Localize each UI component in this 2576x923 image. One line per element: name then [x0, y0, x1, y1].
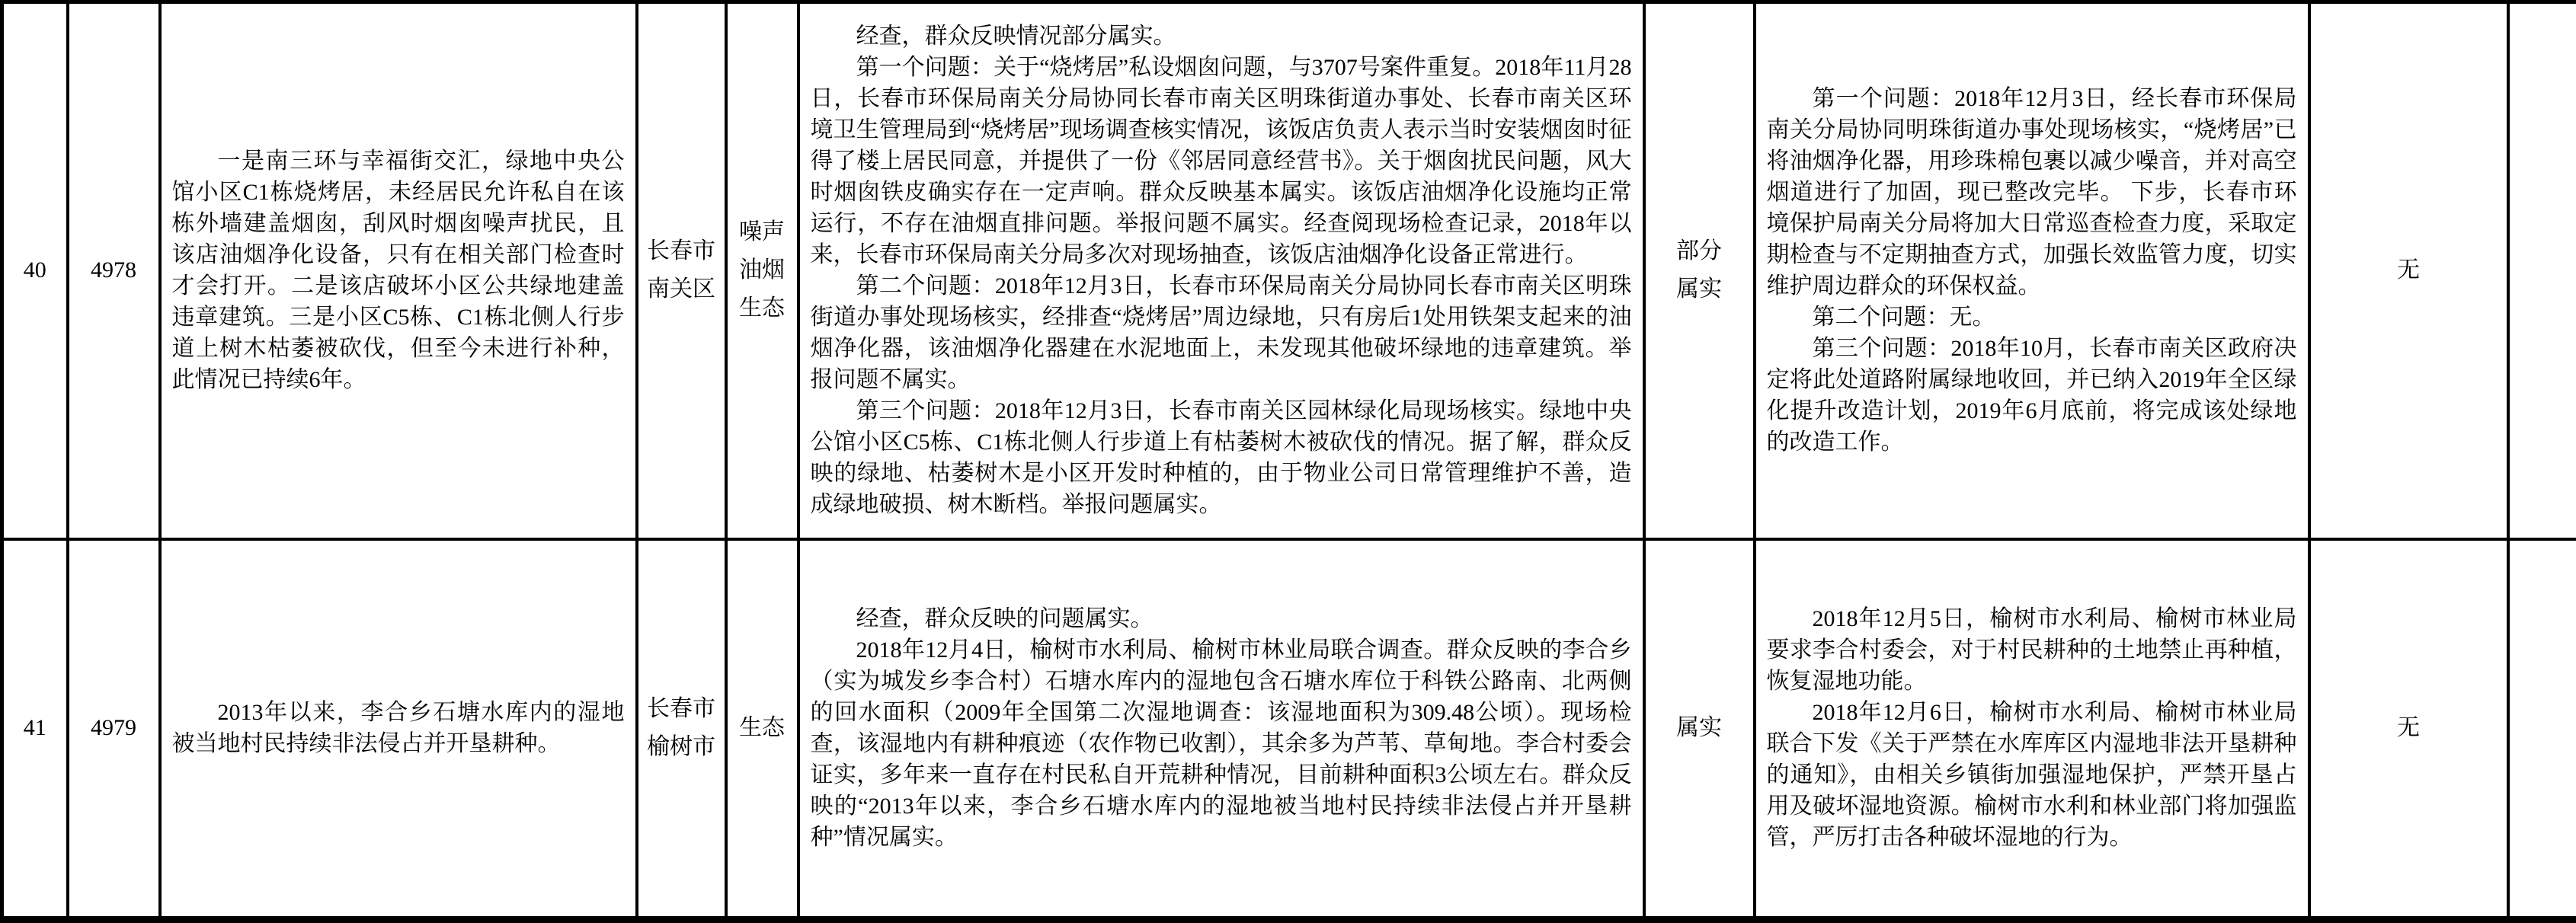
case-number-value: 4978: [70, 251, 158, 289]
handling-cell: 第一个问题：2018年12月3日，经长春市环保局南关分局协同明珠街道办事处现场核…: [1755, 2, 2309, 539]
inspection-table: 40 4978 一是南三环与幸福街交汇，绿地中央公馆小区C1栋烧烤居，未经居民允…: [0, 0, 2576, 923]
seq-cell: 40: [2, 2, 68, 539]
seq-cell: 41: [2, 539, 68, 920]
pollution-type-line: 噪声: [728, 213, 796, 251]
remark-cell: [2508, 539, 2576, 920]
verification-result-cell: 部分 属实: [1644, 2, 1755, 539]
verification-result-line: 部分: [1646, 232, 1752, 270]
investigation-paragraph: 经查，群众反映情况部分属实。: [811, 21, 1632, 52]
handling-paragraph: 第一个问题：2018年12月3日，经长春市环保局南关分局协同明珠街道办事处现场核…: [1767, 83, 2297, 302]
handling-paragraph: 2018年12月6日，榆树市水利局、榆树市林业局联合下发《关于严禁在水库库区内湿…: [1767, 697, 2297, 853]
handling-paragraph: 2018年12月5日，榆树市水利局、榆树市林业局要求李合村委会，对于村民耕种的土…: [1767, 603, 2297, 697]
verification-result-line: 属实: [1646, 709, 1752, 747]
complaint-cell: 2013年以来，李合乡石塘水库内的湿地被当地村民持续非法侵占并开垦耕种。: [160, 539, 637, 920]
region-line: 长春市: [639, 232, 724, 270]
investigation-cell: 经查，群众反映情况部分属实。 第一个问题：关于“烧烤居”私设烟囱问题，与3707…: [798, 2, 1644, 539]
pollution-type-line: 生态: [728, 289, 796, 327]
pollution-type-cell: 生态: [726, 539, 798, 920]
table-row-40: 40 4978 一是南三环与幸福街交汇，绿地中央公馆小区C1栋烧烤居，未经居民允…: [2, 2, 2576, 539]
investigation-paragraph: 经查，群众反映的问题属实。: [811, 603, 1632, 634]
remark-cell: [2508, 2, 2576, 539]
handling-paragraph: 第二个问题：无。: [1767, 302, 2297, 333]
region-line: 南关区: [639, 270, 724, 308]
accountability-value: 无: [2312, 251, 2506, 289]
complaint-text: 一是南三环与幸福街交汇，绿地中央公馆小区C1栋烧烤居，未经居民允许私自在该栋外墙…: [172, 145, 625, 395]
investigation-cell: 经查，群众反映的问题属实。 2018年12月4日，榆树市水利局、榆树市林业局联合…: [798, 539, 1644, 920]
pollution-type-cell: 噪声 油烟 生态: [726, 2, 798, 539]
accountability-cell: 无: [2309, 539, 2508, 920]
pollution-type-line: 油烟: [728, 251, 796, 289]
investigation-paragraph: 2018年12月4日，榆树市水利局、榆树市林业局联合调查。群众反映的李合乡（实为…: [811, 634, 1632, 853]
verification-result-line: 属实: [1646, 270, 1752, 308]
case-number-cell: 4979: [68, 539, 160, 920]
case-number-cell: 4978: [68, 2, 160, 539]
region-line: 榆树市: [639, 728, 724, 766]
accountability-value: 无: [2312, 709, 2506, 747]
verification-result-cell: 属实: [1644, 539, 1755, 920]
table-row-41: 41 4979 2013年以来，李合乡石塘水库内的湿地被当地村民持续非法侵占并开…: [2, 539, 2576, 920]
region-cell: 长春市 榆树市: [637, 539, 726, 920]
investigation-paragraph: 第三个问题：2018年12月3日，长春市南关区园林绿化局现场核实。绿地中央公馆小…: [811, 395, 1632, 520]
seq-value: 40: [5, 251, 66, 289]
investigation-paragraph: 第一个问题：关于“烧烤居”私设烟囱问题，与3707号案件重复。2018年11月2…: [811, 52, 1632, 270]
seq-value: 41: [5, 709, 66, 747]
pollution-type-line: 生态: [728, 709, 796, 747]
region-cell: 长春市 南关区: [637, 2, 726, 539]
region-line: 长春市: [639, 690, 724, 728]
handling-paragraph: 第三个问题：2018年10月，长春市南关区政府决定将此处道路附属绿地收回，并已纳…: [1767, 333, 2297, 458]
handling-cell: 2018年12月5日，榆树市水利局、榆树市林业局要求李合村委会，对于村民耕种的土…: [1755, 539, 2309, 920]
case-number-value: 4979: [70, 709, 158, 747]
accountability-cell: 无: [2309, 2, 2508, 539]
complaint-cell: 一是南三环与幸福街交汇，绿地中央公馆小区C1栋烧烤居，未经居民允许私自在该栋外墙…: [160, 2, 637, 539]
complaint-text: 2013年以来，李合乡石塘水库内的湿地被当地村民持续非法侵占并开垦耕种。: [172, 697, 625, 759]
investigation-paragraph: 第二个问题：2018年12月3日，长春市环保局南关分局协同长春市南关区明珠街道办…: [811, 270, 1632, 395]
